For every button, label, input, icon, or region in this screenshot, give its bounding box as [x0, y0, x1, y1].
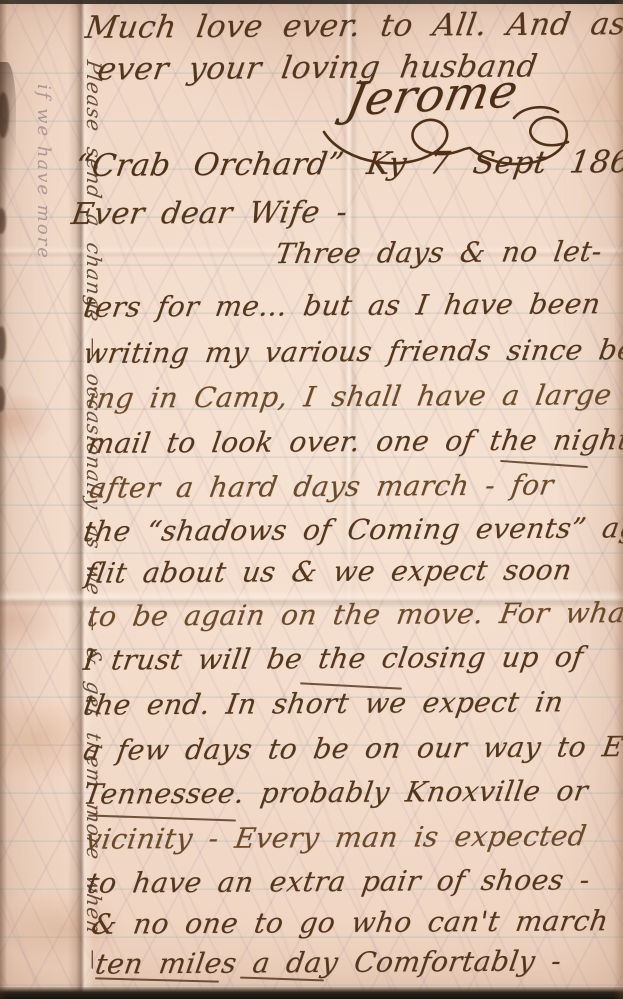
scan-edge-right: [614, 0, 623, 999]
scan-edge-left: [0, 0, 7, 999]
body-line: to have an extra pair of shoes -: [85, 863, 592, 900]
ink-underline-tennessee: [88, 814, 236, 821]
body-line: vicinity - Every man is expected: [83, 819, 589, 855]
body-line: flit about us & we expect soon: [83, 553, 574, 589]
body-line: the “shadows of Coming events” again: [81, 511, 623, 548]
body-line: ten miles a day Comfortably -: [93, 944, 564, 980]
margin-note-pencil: if we have more: [33, 84, 54, 260]
body-line: ters for me... but as I have been: [81, 287, 603, 324]
body-line: to be again on the move. For what: [85, 596, 623, 633]
body-line: I trust will be the closing up of: [81, 640, 586, 676]
ink-underline-nights: [500, 460, 588, 468]
body-line: writing my various friends since be-: [81, 333, 623, 370]
body-line: a few days to be on our way to E: [81, 730, 623, 767]
letter-page: Please send a change — occasionally as w…: [0, 0, 623, 999]
salutation: Ever dear Wife -: [69, 195, 350, 232]
signature-name: Jerome: [342, 64, 523, 127]
body-line: & no one to go who can't march: [89, 904, 611, 941]
scan-edge-top: [0, 0, 623, 4]
body-line: the end. In short we expect in: [81, 685, 566, 721]
body-line: Three days & no let-: [273, 235, 604, 270]
scan-edge-bottom: [0, 987, 623, 999]
body-line: mail to look over. one of the nights: [85, 423, 623, 460]
body-line: Tennessee. probably Knoxville or: [81, 774, 590, 811]
closing-line: Much love ever. to All. And as: [83, 6, 623, 46]
body-line: after a hard days march - for: [87, 468, 556, 504]
dateline: “Crab Orchard” Ky 7 Sept 1863: [73, 144, 623, 184]
body-line: ing in Camp, I shall have a large: [85, 378, 614, 415]
